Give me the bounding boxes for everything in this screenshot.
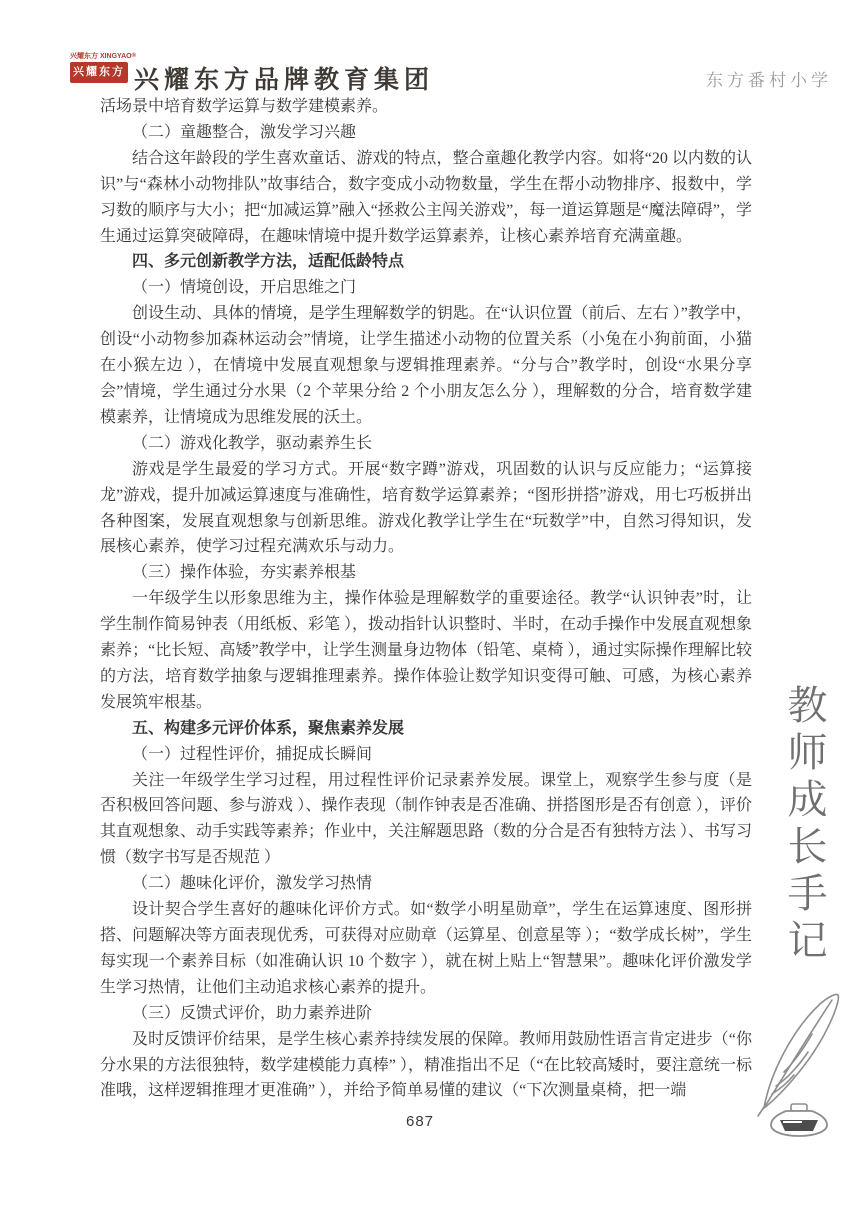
subsection-heading: （一）过程性评价，捕捉成长瞬间	[100, 742, 752, 768]
subsection-heading: （一）情境创设，开启思维之门	[100, 275, 752, 301]
quill-and-ink-icon	[750, 990, 850, 1145]
section-heading: 四、多元创新教学方法，适配低龄特点	[100, 249, 752, 275]
document-page: { "header": { "logo_top": "兴耀东方 XINGYAO"…	[0, 0, 850, 1205]
page-number: 687	[100, 1113, 740, 1130]
body-paragraph: 结合这年龄段的学生喜欢童话、游戏的特点，整合童趣化教学内容。如将“20 以内数的…	[100, 146, 752, 250]
body-paragraph: 一年级学生以形象思维为主，操作体验是理解数学的重要途径。教学“认识钟表”时，让学…	[100, 586, 752, 716]
body-paragraph: 活场景中培育数学运算与数学建模素养。	[100, 94, 752, 120]
body-paragraph: 游戏是学生最爱的学习方式。开展“数字蹲”游戏，巩固数的认识与反应能力；“运算接龙…	[100, 457, 752, 561]
subsection-heading: （二）游戏化教学，驱动素养生长	[100, 431, 752, 457]
subsection-heading: （二）童趣整合，激发学习兴趣	[100, 120, 752, 146]
registered-mark-icon: ®	[132, 53, 136, 59]
body-paragraph: 设计契合学生喜好的趣味化评价方式。如“数学小明星勋章”，学生在运算速度、图形拼搭…	[100, 897, 752, 1001]
body-paragraph: 及时反馈评价结果，是学生核心素养持续发展的保障。教师用鼓励性语言肯定进步（“你分…	[100, 1027, 752, 1105]
subsection-heading: （三）反馈式评价，助力素养进阶	[100, 1001, 752, 1027]
vertical-calligraphy-teacher-growth-notes: 教师成长手记	[776, 684, 833, 994]
body-paragraph: 创设生动、具体的情境，是学生理解数学的钥匙。在“认识位置（前后、左右 ）”教学中…	[100, 301, 752, 431]
subsection-heading: （三）操作体验，夯实素养根基	[100, 560, 752, 586]
company-logo-seal: 兴耀东方 XINGYAO® 兴耀东方	[70, 52, 128, 94]
ink-bottle-icon	[771, 1104, 827, 1136]
company-title: 兴耀东方品牌教育集团	[134, 60, 434, 96]
logo-wordmark: 兴耀东方 XINGYAO®	[70, 52, 128, 61]
section-heading: 五、构建多元评价体系，聚焦素养发展	[100, 716, 752, 742]
subsection-heading: （二）趣味化评价，激发学习热情	[100, 871, 752, 897]
school-name: 东方番村小学	[706, 66, 832, 91]
document-body: 活场景中培育数学运算与数学建模素养。（二）童趣整合，激发学习兴趣结合这年龄段的学…	[100, 94, 752, 1108]
body-paragraph: 关注一年级学生学习过程，用过程性评价记录素养发展。课堂上，观察学生参与度（是否积…	[100, 768, 752, 872]
logo-seal-block: 兴耀东方	[70, 62, 128, 83]
